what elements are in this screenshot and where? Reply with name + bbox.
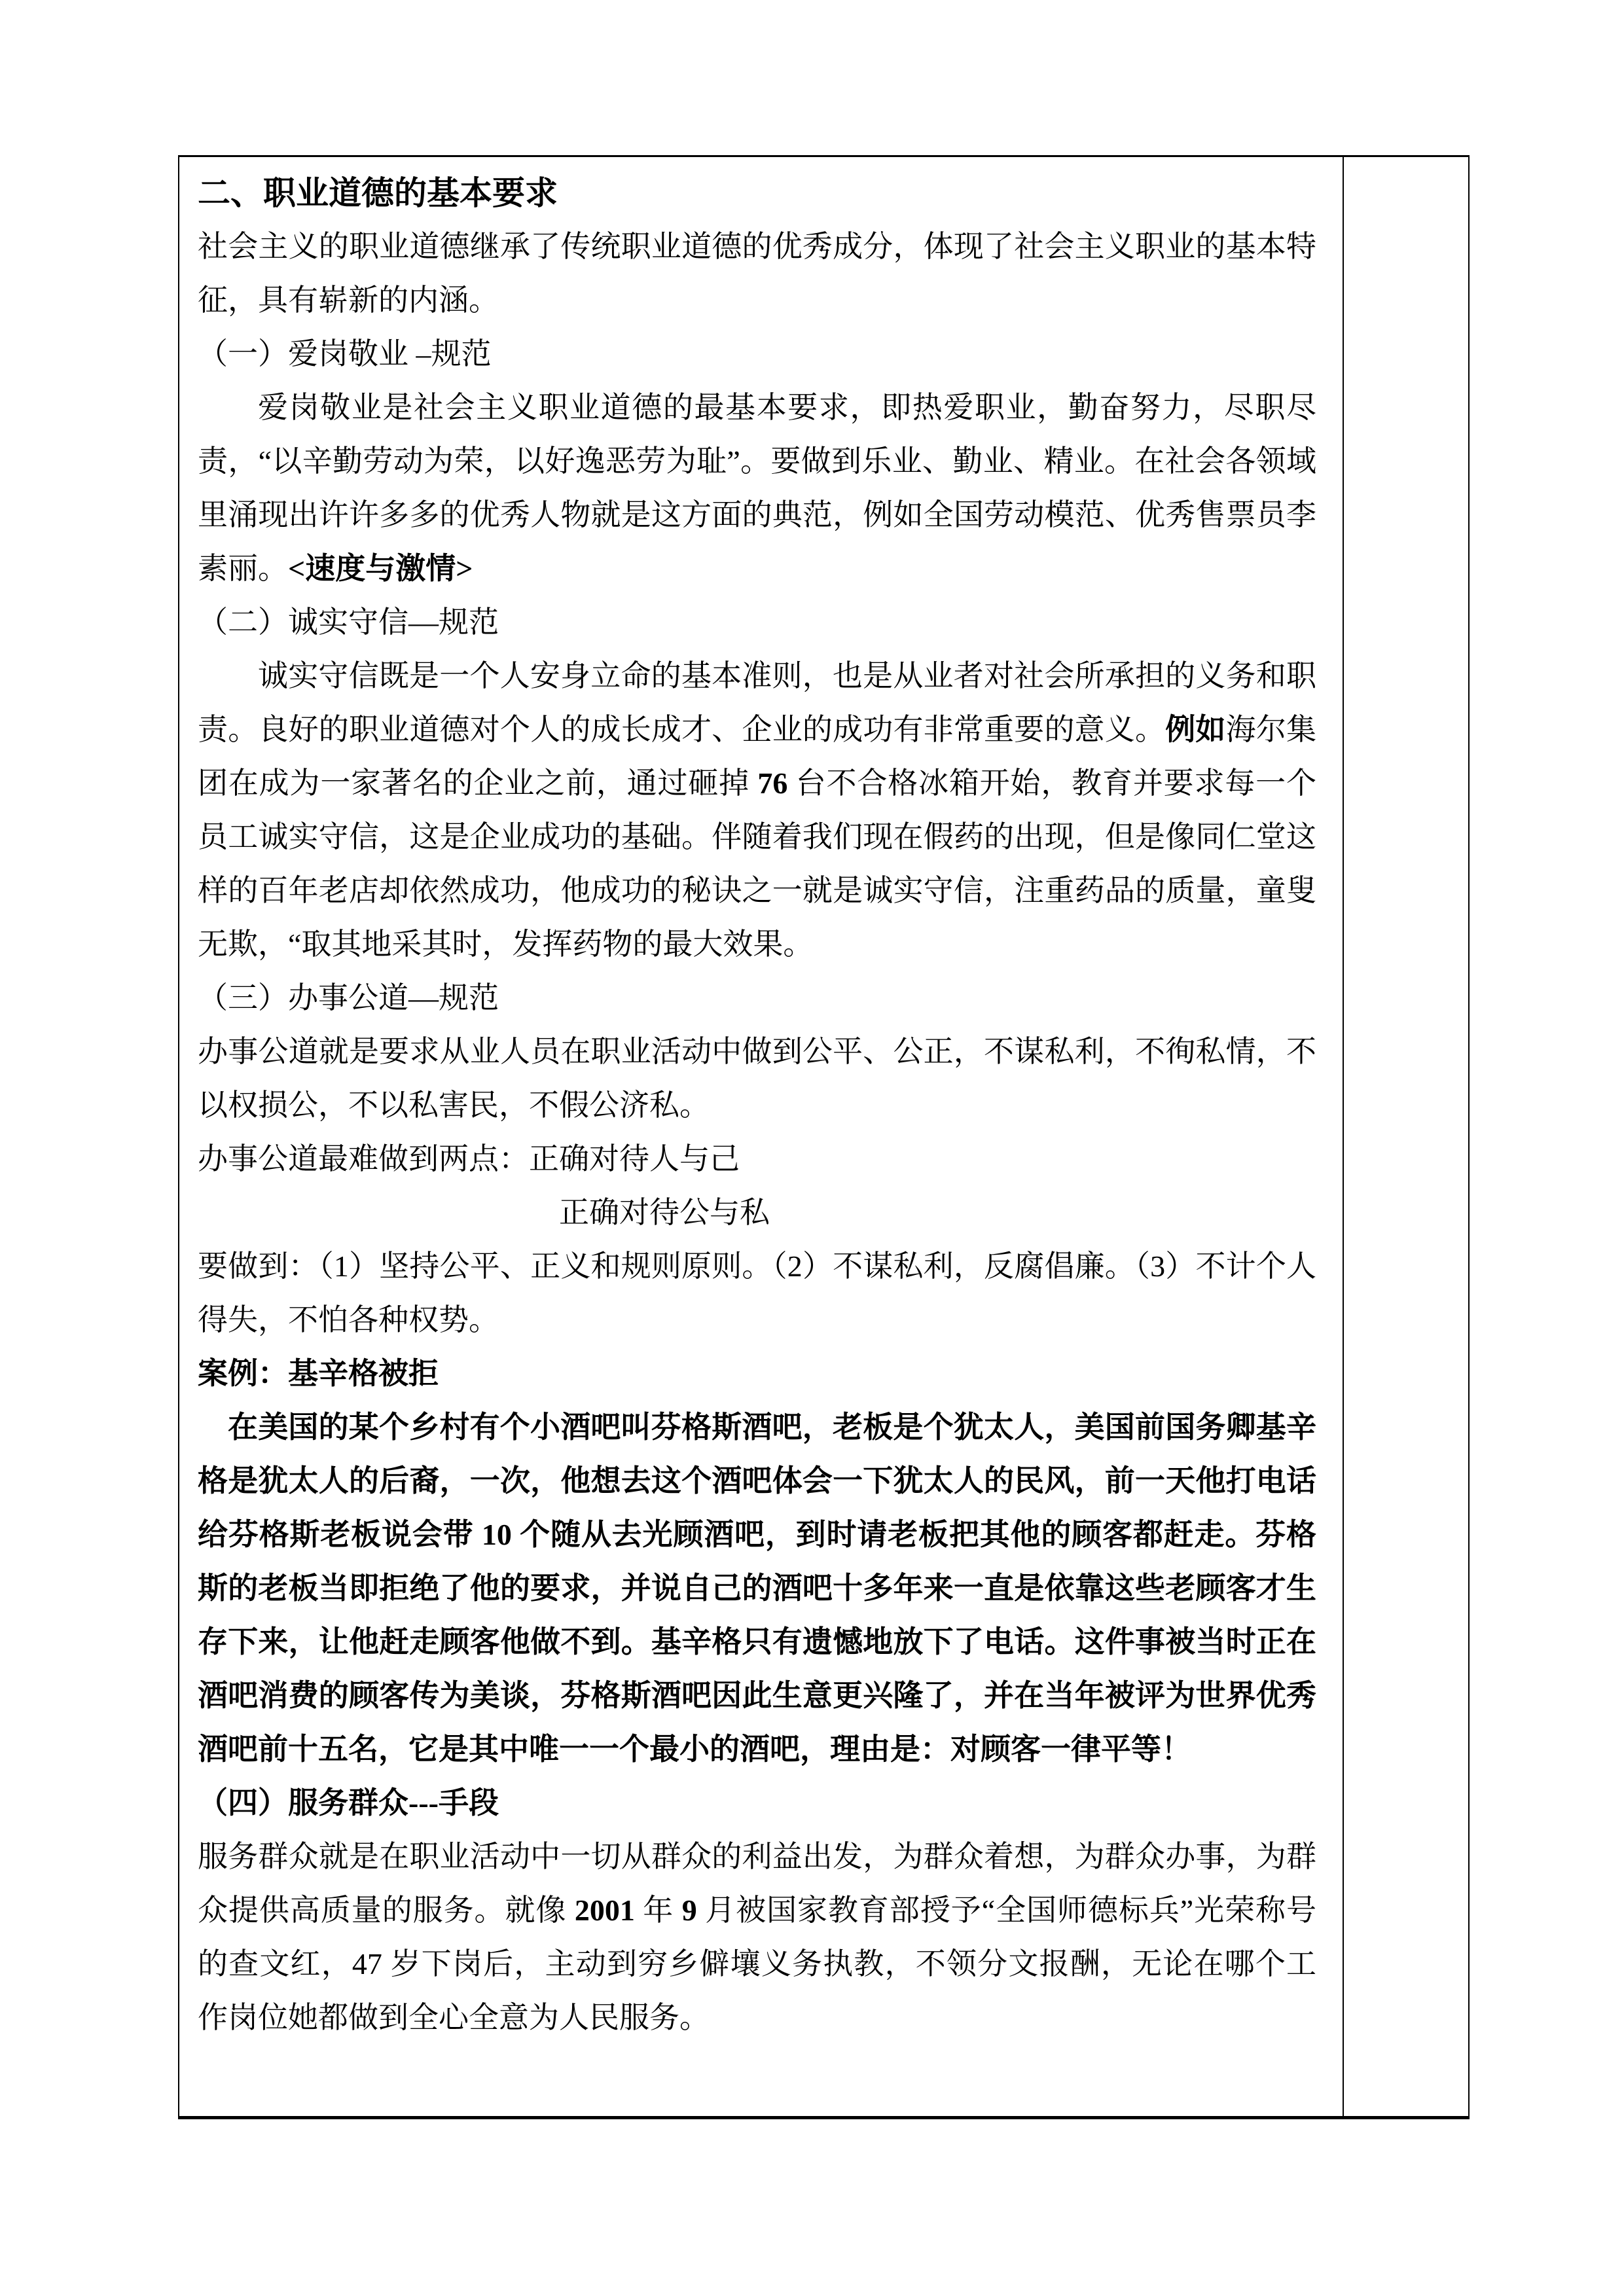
- paragraph-yaozuodao: 要做到：（1）坚持公平、正义和规则原则。（2）不谋私利，反腐倡廉。（3）不计个人…: [198, 1240, 1316, 1347]
- content-table: 二、职业道德的基本要求 社会主义的职业道德继承了传统职业道德的优秀成分，体现了社…: [178, 155, 1470, 2119]
- side-notes-cell: [1344, 157, 1468, 2116]
- paragraph-two-points: 办事公道最难做到两点：正确对待人与己: [198, 1132, 1316, 1186]
- subheading-fuwuqunzhong: （四）服务群众---手段: [198, 1776, 1316, 1830]
- intro-paragraph: 社会主义的职业道德继承了传统职业道德的优秀成分，体现了社会主义职业的基本特征，具…: [198, 220, 1316, 327]
- main-text-cell: 二、职业道德的基本要求 社会主义的职业道德继承了传统职业道德的优秀成分，体现了社…: [179, 157, 1344, 2116]
- paragraph-aigangjingye: 爱岗敬业是社会主义职业道德的最基本要求，即热爱职业，勤奋努力，尽职尽责，“以辛勤…: [198, 381, 1316, 596]
- subheading-banshigongdao: （三）办事公道—规范: [198, 971, 1316, 1025]
- paragraph-fuwuqunzhong: 服务群众就是在职业活动中一切从群众的利益出发，为群众着想，为群众办事，为群众提供…: [198, 1830, 1316, 2045]
- paragraph-banshigongdao: 办事公道就是要求从业人员在职业活动中做到公平、公正，不谋私利，不徇私情，不以权损…: [198, 1025, 1316, 1132]
- case-body: 在美国的某个乡村有个小酒吧叫芬格斯酒吧，老板是个犹太人，美国前国务卿基辛格是犹太…: [198, 1401, 1316, 1776]
- subheading-aigangjingye: （一）爱岗敬业 –规范: [198, 327, 1316, 381]
- subheading-chengshishouxin: （二）诚实守信—规范: [198, 596, 1316, 649]
- paragraph-gong-yu-si: 正确对待公与私: [198, 1186, 1316, 1240]
- page-title: 二、职业道德的基本要求: [198, 166, 1316, 220]
- paragraph-chengshishouxin: 诚实守信既是一个人安身立命的基本准则，也是从业者对社会所承担的义务和职责。良好的…: [198, 649, 1316, 971]
- case-title: 案例：基辛格被拒: [198, 1347, 1316, 1401]
